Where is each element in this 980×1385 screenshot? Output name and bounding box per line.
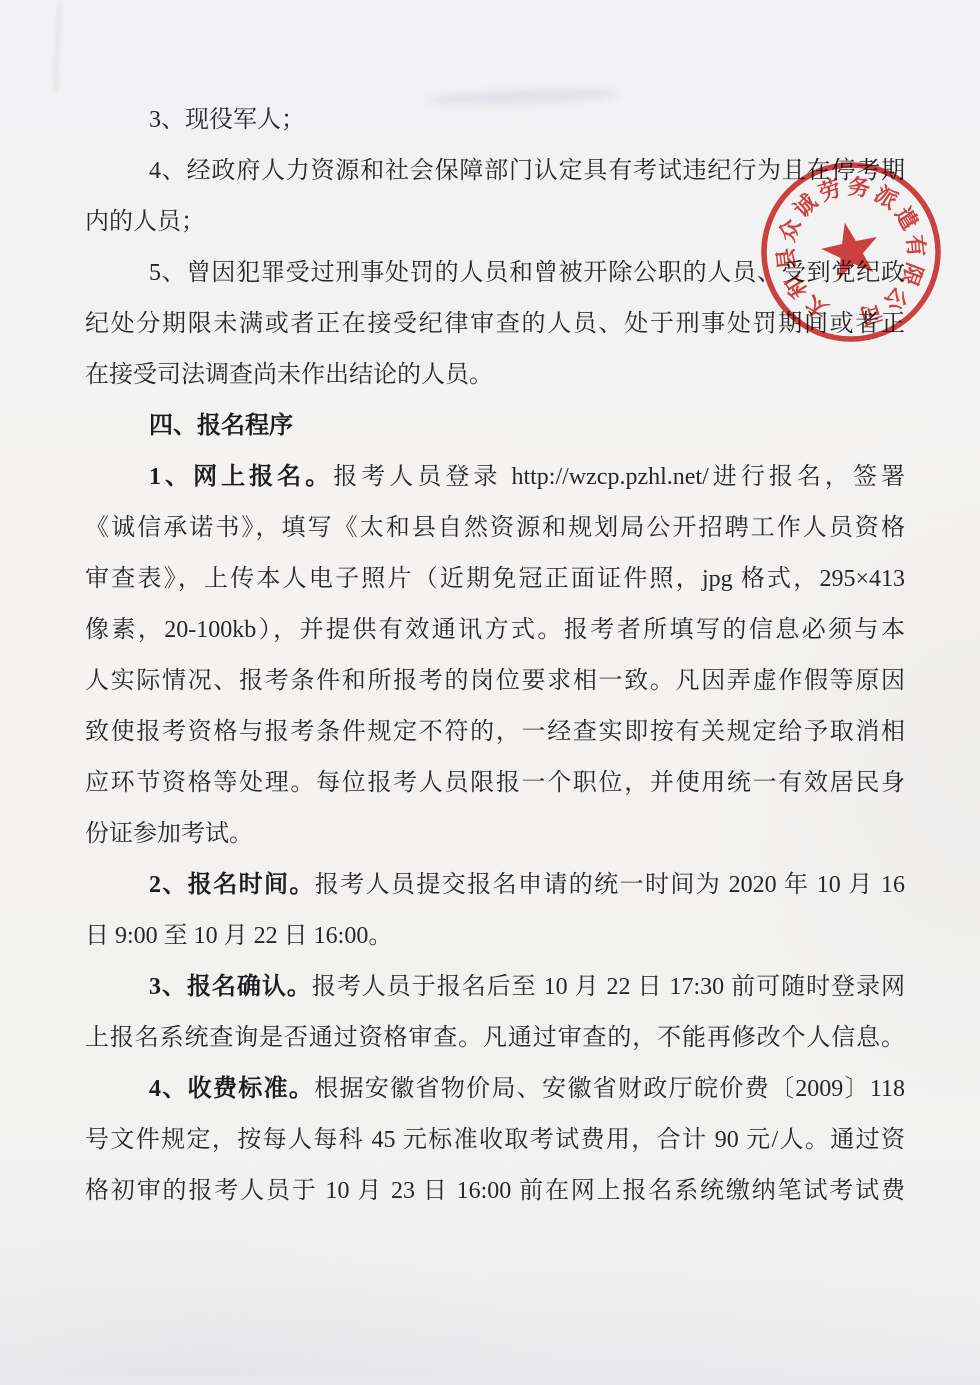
text-segment: 纪处分期限未满或者正在接受纪律审查的人员、处于刑事处罚期间或者正 [85,311,905,337]
text-line: 号文件规定，按每人每科 45 元标准收取考试费用，合计 90 元/人。通过资 [85,1115,905,1166]
text-line: 1、网上报名。报考人员登录 http://wzcp.pzhl.net/进行报名，… [85,452,905,503]
text-line: 内的人员； [85,197,905,248]
text-segment: 应环节资格等处理。每位报考人员限报一个职位，并使用统一有效居民身 [85,770,905,796]
bold-text-segment: 4、收费标准。 [149,1076,314,1102]
text-segment: 日 9:00 至 10 月 22 日 16:00。 [85,923,392,949]
text-line: 《诚信承诺书》，填写《太和县自然资源和规划局公开招聘工作人员资格 [85,503,905,554]
seal-text-char: 有 [902,234,929,258]
text-segment: 在接受司法调查尚未作出结论的人员。 [85,362,493,388]
text-segment: 份证参加考试。 [85,821,253,847]
text-line: 在接受司法调查尚未作出结论的人员。 [85,350,905,401]
text-segment: 号文件规定，按每人每科 45 元标准收取考试费用，合计 90 元/人。通过资 [85,1127,905,1153]
document-lines: 3、现役军人；4、经政府人力资源和社会保障部门认定具有考试违纪行为且在停考期内的… [85,95,905,1217]
text-line: 4、经政府人力资源和社会保障部门认定具有考试违纪行为且在停考期 [85,146,905,197]
text-line: 致使报考资格与报考条件规定不符的，一经查实即按有关规定给予取消相 [85,707,905,758]
text-line: 应环节资格等处理。每位报考人员限报一个职位，并使用统一有效居民身 [85,758,905,809]
text-line: 2、报名时间。报考人员提交报名申请的统一时间为 2020 年 10 月 16 [85,860,905,911]
text-segment: 审查表》，上传本人电子照片（近期免冠正面证件照，jpg 格式，295×413 [85,566,905,592]
paper-crease [54,4,62,92]
text-line: 3、现役军人； [85,95,905,146]
text-segment: 上报名系统查询是否通过资格审查。凡通过审查的，不能再修改个人信息。 [85,1025,905,1051]
text-line: 上报名系统查询是否通过资格审查。凡通过审查的，不能再修改个人信息。 [85,1013,905,1064]
text-line: 份证参加考试。 [85,809,905,860]
text-segment: 根据安徽省物价局、安徽省财政厅皖价费〔2009〕118 [314,1076,905,1102]
bold-text-segment: 四、报名程序 [149,413,293,439]
text-segment: 人实际情况、报考条件和所报考的岗位要求相一致。凡因弄虚作假等原因 [85,668,905,694]
text-line: 5、曾因犯罪受过刑事处罚的人员和曾被开除公职的人员、受到党纪政 [85,248,905,299]
text-segment: 4、经政府人力资源和社会保障部门认定具有考试违纪行为且在停考期 [149,158,905,184]
text-line: 人实际情况、报考条件和所报考的岗位要求相一致。凡因弄虚作假等原因 [85,656,905,707]
text-segment: 格初审的报考人员于 10 月 23 日 16:00 前在网上报名系统缴纳笔试考试… [85,1178,905,1204]
bold-text-segment: 3、报名确认。 [149,974,312,1000]
bold-text-segment: 2、报名时间。 [149,872,315,898]
text-line: 审查表》，上传本人电子照片（近期免冠正面证件照，jpg 格式，295×413 [85,554,905,605]
text-segment: 像素，20-100kb），并提供有效通讯方式。报考者所填写的信息必须与本 [85,617,905,643]
text-line: 格初审的报考人员于 10 月 23 日 16:00 前在网上报名系统缴纳笔试考试… [85,1166,905,1217]
text-line: 3、报名确认。报考人员于报名后至 10 月 22 日 17:30 前可随时登录网 [85,962,905,1013]
text-segment: 报考人员提交报名申请的统一时间为 2020 年 10 月 16 [315,872,905,898]
bold-text-segment: 1、网上报名。 [149,464,333,490]
text-segment: 《诚信承诺书》，填写《太和县自然资源和规划局公开招聘工作人员资格 [85,515,905,541]
text-segment: 致使报考资格与报考条件规定不符的，一经查实即按有关规定给予取消相 [85,719,905,745]
text-line: 纪处分期限未满或者正在接受纪律审查的人员、处于刑事处罚期间或者正 [85,299,905,350]
text-line: 4、收费标准。根据安徽省物价局、安徽省财政厅皖价费〔2009〕118 [85,1064,905,1115]
scan-bottom-edge [0,1376,980,1385]
text-segment: 3、现役军人； [149,107,305,133]
text-segment: 报考人员登录 http://wzcp.pzhl.net/进行报名，签署 [333,464,905,490]
text-segment: 5、曾因犯罪受过刑事处罚的人员和曾被开除公职的人员、受到党纪政 [149,260,905,286]
scanned-document-page: { "page": { "background": "#f3f2f1", "te… [0,0,980,1385]
text-segment: 报考人员于报名后至 10 月 22 日 17:30 前可随时登录网 [312,974,905,1000]
text-segment: 内的人员； [85,209,205,235]
text-line: 四、报名程序 [85,401,905,452]
text-line: 日 9:00 至 10 月 22 日 16:00。 [85,911,905,962]
text-line: 像素，20-100kb），并提供有效通讯方式。报考者所填写的信息必须与本 [85,605,905,656]
